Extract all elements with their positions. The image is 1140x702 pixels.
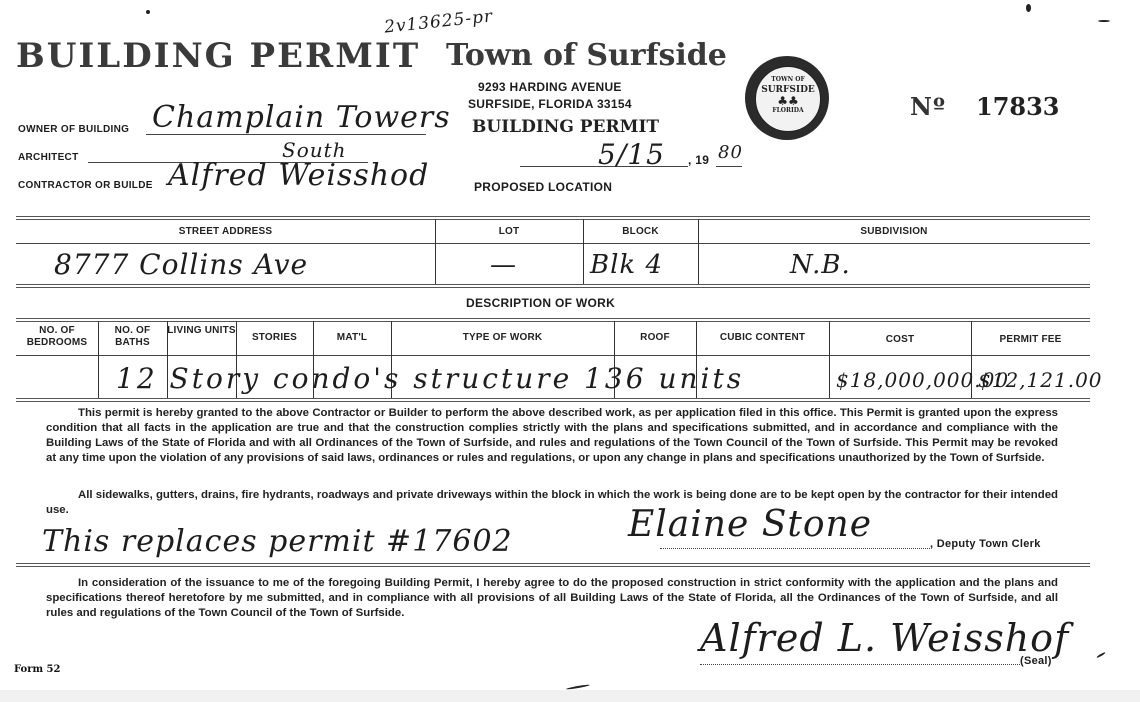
- header-stories: STORIES: [236, 332, 313, 344]
- header-living-units: LIVING UNITS: [167, 325, 236, 337]
- permit-number-label: Nº: [910, 92, 946, 121]
- year-line: [716, 166, 742, 167]
- work-description-value: 12 Story condo's structure 136 units: [116, 362, 744, 395]
- scan-speck: [1096, 652, 1106, 659]
- table-rule-bottom: [16, 284, 1090, 288]
- street-address-value: 8777 Collins Ave: [54, 248, 308, 281]
- work-rule-mid: [16, 355, 1090, 356]
- conditions-paragraph-2: All sidewalks, gutters, drains, fire hyd…: [46, 488, 1058, 518]
- date-year-prefix: , 19: [688, 153, 709, 167]
- architect-label: ARCHITECT: [18, 152, 78, 163]
- subtitle: BUILDING PERMIT: [472, 117, 659, 137]
- town-seal: TOWN OF SURFSIDE ♣♣ FLORIDA: [745, 56, 829, 140]
- table-rule-top: [16, 216, 1090, 220]
- table-rule-mid: [16, 243, 1090, 244]
- subdivision-value: N.B.: [790, 250, 851, 280]
- work-rule-top: [16, 318, 1090, 322]
- permit-number: 17833: [976, 92, 1060, 121]
- contractor-signature: Alfred L. Weisshof: [700, 616, 1069, 660]
- header-material: MAT'L: [313, 332, 391, 344]
- handwritten-annotation: 2v13625-pr: [383, 6, 494, 37]
- conditions-paragraph-1: This permit is hereby granted to the abo…: [46, 406, 1058, 466]
- form-number: Form 52: [14, 664, 60, 675]
- description-of-work-title: DESCRIPTION OF WORK: [466, 296, 615, 310]
- owner-value: Champlain Towers: [152, 100, 451, 135]
- seal-label: (Seal): [1020, 655, 1052, 667]
- work-rule-bottom: [16, 398, 1090, 402]
- header-cost: COST: [829, 334, 971, 346]
- agreement-paragraph: In consideration of the issuance to me o…: [46, 576, 1058, 621]
- contractor-label: CONTRACTOR OR BUILDE: [18, 180, 153, 191]
- clerk-title: , Deputy Town Clerk: [930, 538, 1041, 550]
- municipality-name: Town of Surfside: [446, 38, 727, 73]
- seal-center: TOWN OF SURFSIDE ♣♣ FLORIDA: [755, 66, 821, 132]
- header-lot: LOT: [435, 226, 583, 238]
- col-divider: [829, 321, 830, 398]
- clerk-signature-line: [660, 548, 930, 549]
- scan-speck: [1026, 4, 1031, 12]
- header-cubic-content: CUBIC CONTENT: [696, 332, 829, 344]
- block-value: Blk 4: [590, 250, 663, 280]
- seal-bottom-text: FLORIDA: [756, 107, 820, 114]
- owner-label: OWNER OF BUILDING: [18, 124, 129, 135]
- header-type-of-work: TYPE OF WORK: [391, 332, 614, 344]
- contractor-signature-line: [700, 664, 1020, 665]
- header-block: BLOCK: [583, 226, 698, 238]
- scan-speck: [146, 10, 150, 14]
- address-line-2: SURFSIDE, FLORIDA 33154: [468, 97, 632, 111]
- palm-tree-icon: ♣♣: [756, 95, 820, 107]
- scan-speck: [1098, 20, 1110, 22]
- clerk-signature: Elaine Stone: [628, 504, 872, 545]
- contractor-value: Alfred Weisshod: [168, 158, 429, 193]
- proposed-location-label: PROPOSED LOCATION: [474, 180, 612, 194]
- header-street-address: STREET ADDRESS: [16, 226, 435, 238]
- header-bedrooms: NO. OF BEDROOMS: [16, 325, 98, 349]
- header-baths: NO. OF BATHS: [98, 325, 167, 349]
- address-line-1: 9293 HARDING AVENUE: [478, 80, 622, 94]
- header-permit-fee: PERMIT FEE: [971, 334, 1090, 346]
- date-year: 80: [718, 142, 743, 163]
- seal-top-text: TOWN OF: [756, 76, 820, 83]
- date-handwritten: 5/15: [598, 138, 665, 171]
- replacement-note: This replaces permit #17602: [42, 524, 513, 559]
- section-rule: [16, 563, 1090, 567]
- scan-bottom-edge: [0, 690, 1140, 702]
- permit-fee-value: $12,121.00: [978, 368, 1103, 392]
- header-subdivision: SUBDIVISION: [698, 226, 1090, 238]
- lot-value: —: [490, 250, 517, 280]
- header-roof: ROOF: [614, 332, 696, 344]
- form-title: BUILDING PERMIT: [16, 36, 420, 76]
